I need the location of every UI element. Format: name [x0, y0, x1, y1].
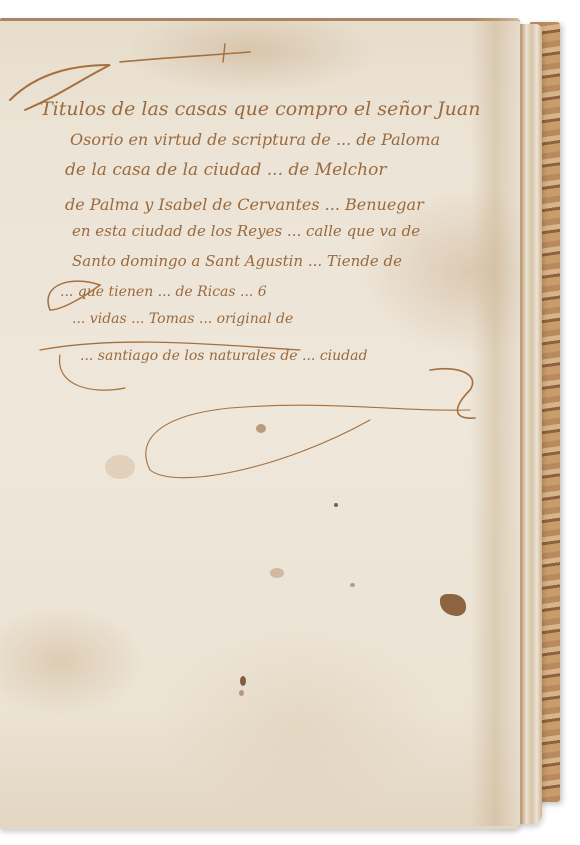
manuscript-line-9: ... santiago de los naturales de ... ciu… [80, 348, 367, 364]
manuscript-line-6: Santo domingo a Sant Agustin ... Tiende … [72, 252, 402, 270]
manuscript-line-4: de Palma y Isabel de Cervantes ... Benue… [65, 195, 425, 214]
handwriting-layer: Titulos de las casas que compro el señor… [0, 0, 580, 845]
manuscript-line-1: Titulos de las casas que compro el señor… [40, 98, 480, 120]
title-overline [120, 52, 250, 62]
manuscript-line-5: en esta ciudad de los Reyes ... calle qu… [72, 222, 420, 240]
closing-loop-flourish [146, 405, 470, 477]
manuscript-photo: Titulos de las casas que compro el señor… [0, 0, 580, 845]
manuscript-line-3: de la casa de la ciudad ... de Melchor [65, 160, 387, 180]
manuscript-line-8: ... vidas ... Tomas ... original de [72, 311, 293, 327]
title-cross-stroke [223, 44, 225, 62]
rubric-flourish [430, 369, 475, 418]
manuscript-line-2: Osorio en virtud de scriptura de ... de … [70, 130, 440, 149]
